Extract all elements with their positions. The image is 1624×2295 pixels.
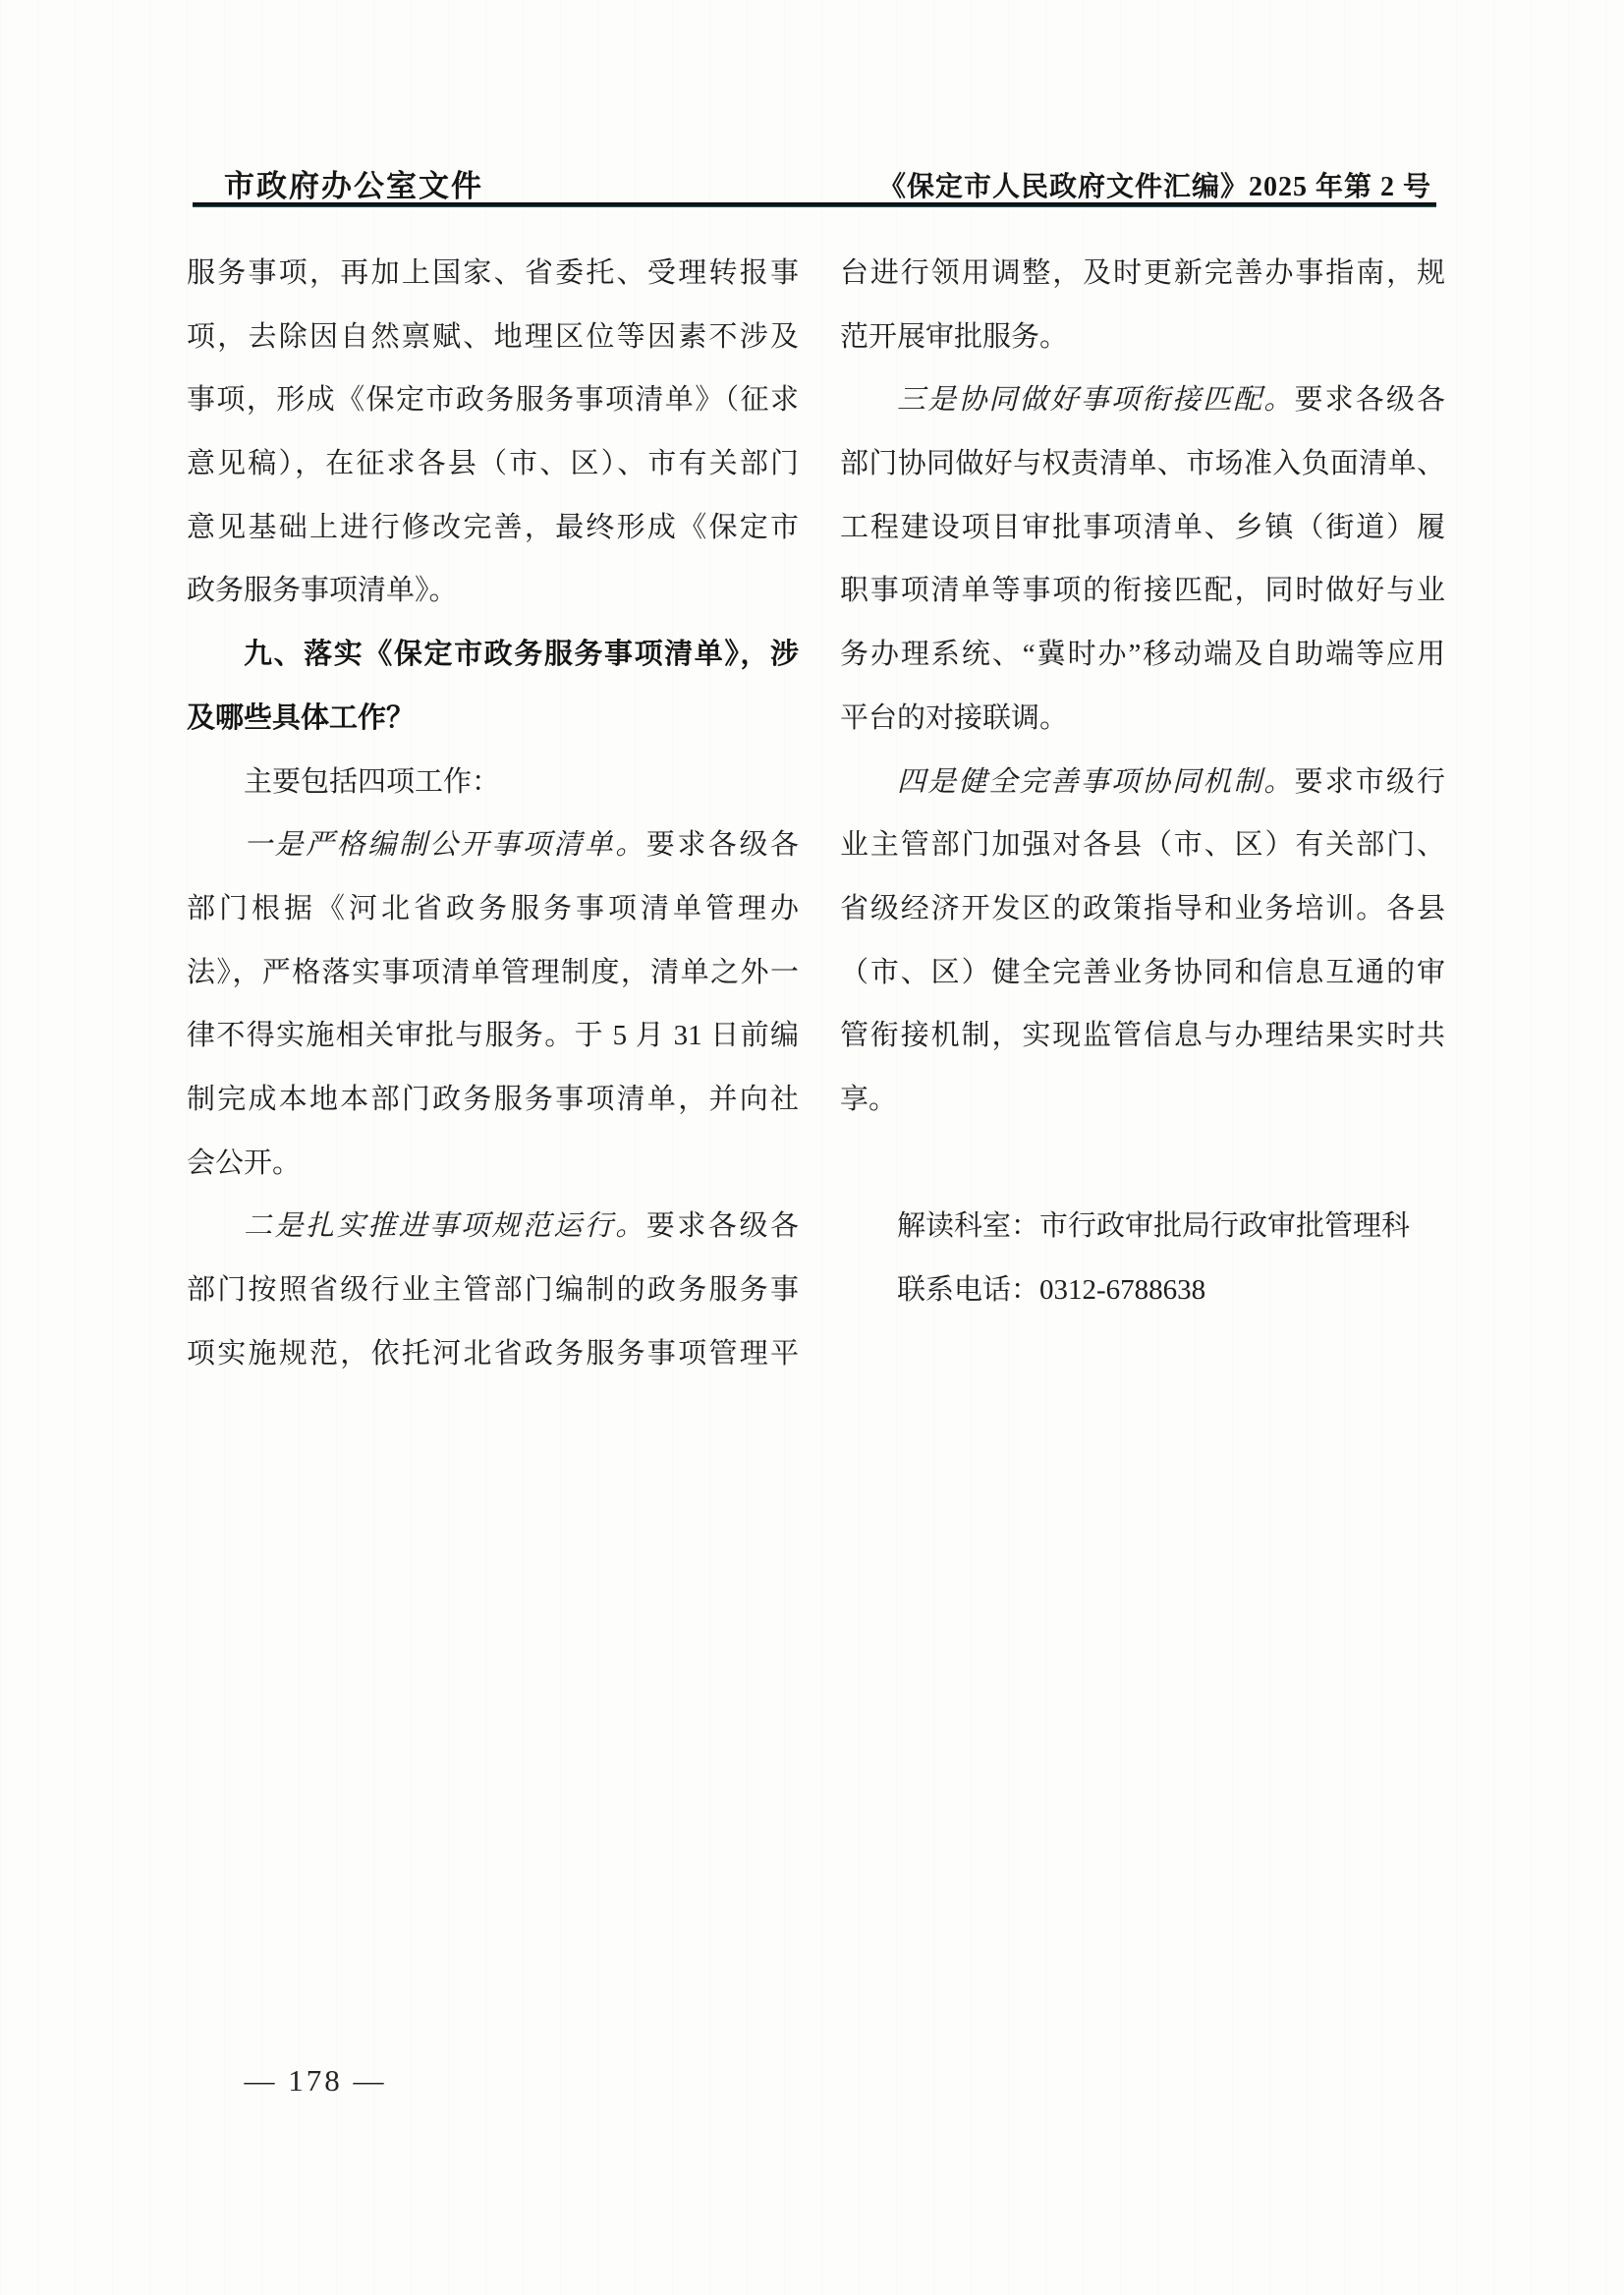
blank-line	[840, 1132, 1445, 1196]
text-line: 部门根据《河北省政务服务事项清单管理办	[187, 877, 799, 941]
text-line: 主要包括四项工作：	[187, 751, 799, 814]
text-line: 省级经济开发区的政策指导和业务培训。各县	[840, 877, 1445, 941]
text-line: 律不得实施相关审批与服务。于 5 月 31 日前编	[187, 1004, 799, 1068]
right-column: 台进行领用调整，及时更新完善办事指南，规 范开展审批服务。 三是协同做好事项衔接…	[840, 242, 1445, 1322]
text-line: （市、区）健全完善业务协同和信息互通的审	[840, 941, 1445, 1005]
text-line: 工程建设项目审批事项清单、乡镇（街道）履	[840, 496, 1445, 560]
text-line: 台进行领用调整，及时更新完善办事指南，规	[840, 242, 1445, 306]
text-line: 管衔接机制，实现监管信息与办理结果实时共	[840, 1004, 1445, 1068]
text-line: 制完成本地本部门政务服务事项清单，并向社	[187, 1068, 799, 1132]
document-page: 市政府办公室文件 《保定市人民政府文件汇编》2025 年第 2 号 服务事项，再…	[0, 0, 1624, 2295]
text-line: 项实施规范，依托河北省政务服务事项管理平	[187, 1322, 799, 1386]
text-line: 一是严格编制公开事项清单。要求各级各	[187, 813, 799, 877]
text-line: 会公开。	[187, 1132, 799, 1196]
text-line: 政务服务事项清单》。	[187, 559, 799, 623]
section-heading: 及哪些具体工作？	[187, 687, 799, 751]
text-line: 范开展审批服务。	[840, 306, 1445, 369]
text-line: 服务事项，再加上国家、省委托、受理转报事	[187, 242, 799, 306]
text-line: 三是协同做好事项衔接匹配。要求各级各	[840, 368, 1445, 432]
header-left-title: 市政府办公室文件	[224, 161, 483, 205]
page-number: — 178 —	[187, 2063, 444, 2099]
text-line: 项，去除因自然禀赋、地理区位等因素不涉及	[187, 306, 799, 369]
text-line: 部门协同做好与权责清单、市场准入负面清单、	[840, 432, 1445, 496]
text-line: 职事项清单等事项的衔接匹配，同时做好与业	[840, 559, 1445, 623]
contact-phone-line: 联系电话：0312-6788638	[840, 1259, 1445, 1322]
header-right-title: 《保定市人民政府文件汇编》2025 年第 2 号	[878, 165, 1431, 204]
section-heading: 九、落实《保定市政务服务事项清单》，涉	[187, 623, 799, 687]
text-line: 意见基础上进行修改完善，最终形成《保定市	[187, 496, 799, 560]
text-line: 务办理系统、“冀时办”移动端及自助端等应用	[840, 623, 1445, 687]
text-line: 事项，形成《保定市政务服务事项清单》（征求	[187, 368, 799, 432]
text-line: 四是健全完善事项协同机制。要求市级行	[840, 751, 1445, 814]
text-line: 业主管部门加强对各县（市、区）有关部门、	[840, 813, 1445, 877]
interpretation-office-line: 解读科室：市行政审批局行政审批管理科	[840, 1195, 1445, 1259]
text-line: 法》，严格落实事项清单管理制度，清单之外一	[187, 941, 799, 1005]
text-line: 部门按照省级行业主管部门编制的政务服务事	[187, 1259, 799, 1322]
text-line: 平台的对接联调。	[840, 687, 1445, 751]
left-column: 服务事项，再加上国家、省委托、受理转报事 项，去除因自然禀赋、地理区位等因素不涉…	[187, 242, 799, 1385]
text-line: 享。	[840, 1068, 1445, 1132]
text-line: 二是扎实推进事项规范运行。要求各级各	[187, 1195, 799, 1259]
header-rule	[193, 202, 1436, 207]
text-line: 意见稿），在征求各县（市、区）、市有关部门	[187, 432, 799, 496]
